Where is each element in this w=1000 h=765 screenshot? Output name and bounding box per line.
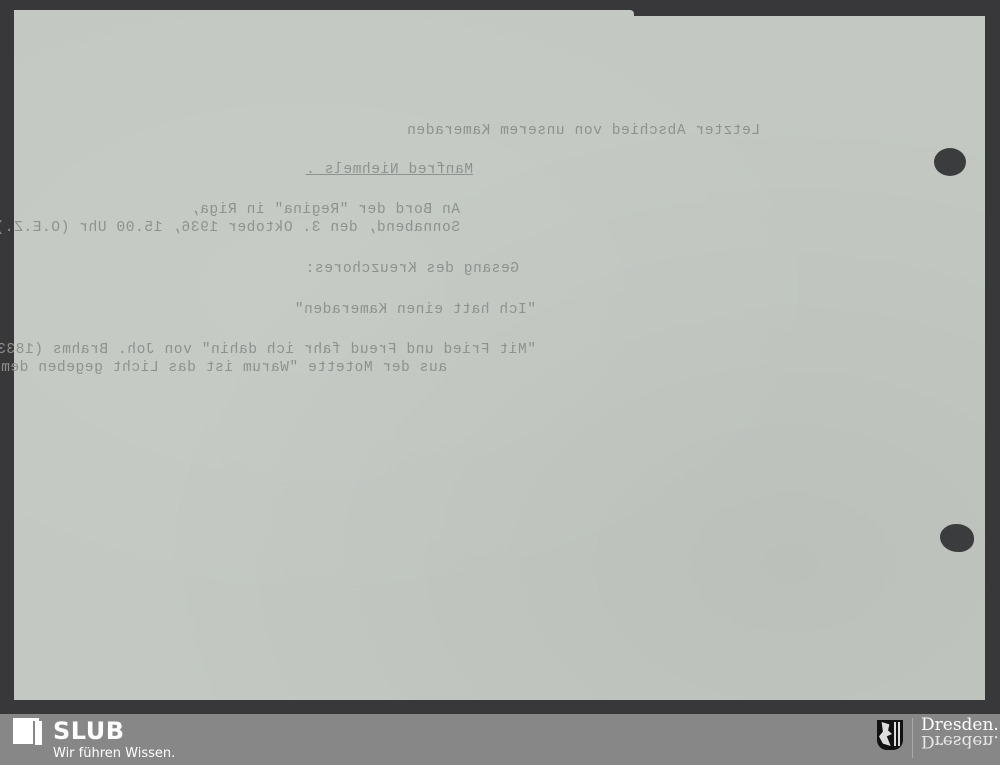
dresden-logo-reflection: Dresden. [921, 731, 999, 751]
slub-tagline: Wir führen Wissen. [53, 746, 175, 761]
brahms-line: "Mit Fried und Freud fahr ich dahin" von… [0, 342, 536, 358]
choir-line: Gesang des Kreuzchores: [305, 261, 519, 277]
dresden-coat-of-arms-icon [877, 720, 903, 750]
location-line: An Bord der "Regina" in Riga, [190, 202, 460, 218]
song-line: "Ich hatt einen Kameraden" [294, 302, 536, 318]
footer-divider [912, 718, 913, 758]
slub-brand[interactable]: SLUB [53, 717, 125, 745]
motet-line: aus der Motette "Warum ist das Licht geg… [0, 360, 447, 376]
punch-hole-bottom [940, 524, 974, 552]
punch-hole-top [934, 148, 966, 176]
mirrored-typewritten-text: Letzter Abschied von unserem Kameraden M… [14, 16, 985, 700]
heading-line: Letzter Abschied von unserem Kameraden [407, 123, 760, 139]
date-line: Sonnabend, den 3. Oktober 1936, 15.00 Uh… [0, 220, 460, 236]
footer-bar: SLUB Wir führen Wissen. Dresden. Dresden… [0, 714, 1000, 765]
name-line: Manfred Niehmels . [306, 162, 473, 178]
slub-book-icon [13, 718, 41, 748]
document-page: Letzter Abschied von unserem Kameraden M… [14, 16, 985, 700]
